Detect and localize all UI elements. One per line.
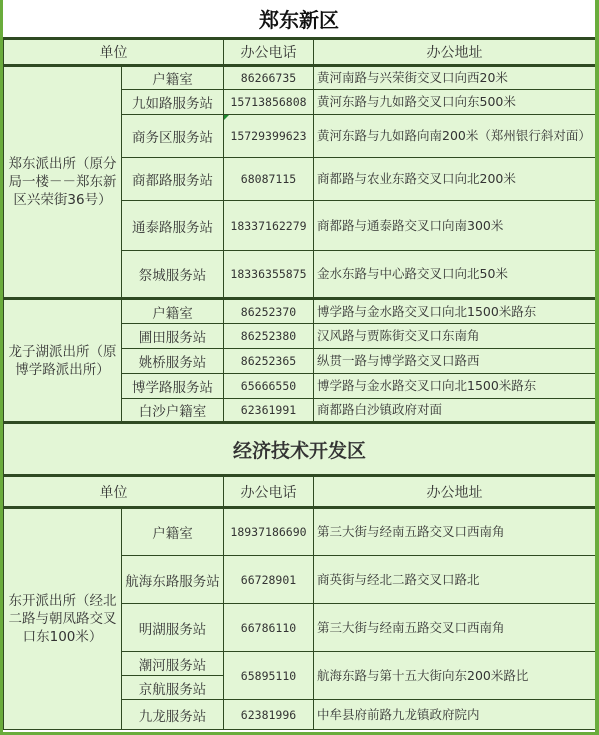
phone-cell: 18337162279 [224, 201, 314, 251]
phone-cell: 62381996 [224, 700, 314, 730]
phone-cell: 15713856808 [224, 90, 314, 115]
station-name: 祭城服务站 [122, 251, 224, 299]
phone-cell: 86252365 [224, 349, 314, 374]
section-title-zhengdong: 郑东新区 [3, 0, 595, 37]
section-title-row: 经济技术开发区 [4, 423, 596, 476]
table-row: 东开派出所（经北二路与朝凤路交叉口东100米） 户籍室 18937186690 … [4, 508, 596, 556]
address-cell: 黄河东路与九如路交叉口向东500米 [314, 90, 596, 115]
phone-cell: 62361991 [224, 399, 314, 423]
phone-cell: 86266735 [224, 66, 314, 90]
address-cell: 商英街与经北二路交叉口路北 [314, 556, 596, 604]
station-name: 航海东路服务站 [122, 556, 224, 604]
unit-cell: 东开派出所（经北二路与朝凤路交叉口东100米） [4, 508, 122, 730]
station-name: 九龙服务站 [122, 700, 224, 730]
station-name: 圃田服务站 [122, 324, 224, 349]
station-name: 白沙户籍室 [122, 399, 224, 423]
right-border [595, 0, 599, 735]
phone-cell: 86252370 [224, 299, 314, 324]
header-address: 办公地址 [314, 476, 596, 508]
station-name: 京航服务站 [122, 676, 224, 700]
phone-cell: 68087115 [224, 158, 314, 201]
address-cell: 中牟县府前路九龙镇政府院内 [314, 700, 596, 730]
address-cell: 金水东路与中心路交叉口向北50米 [314, 251, 596, 299]
spreadsheet-frame: 郑东新区 单位 办公电话 办公地址 郑东派出所（原分局一楼－－郑东新区兴荣街36… [0, 0, 599, 735]
address-cell: 第三大街与经南五路交叉口西南角 [314, 604, 596, 652]
station-name: 姚桥服务站 [122, 349, 224, 374]
station-name: 户籍室 [122, 299, 224, 324]
address-cell: 商都路白沙镇政府对面 [314, 399, 596, 423]
header-row: 单位 办公电话 办公地址 [4, 39, 596, 66]
header-phone: 办公电话 [224, 476, 314, 508]
station-name: 潮河服务站 [122, 652, 224, 676]
address-cell: 博学路与金水路交叉口向北1500米路东 [314, 374, 596, 399]
header-unit: 单位 [4, 476, 224, 508]
station-name: 户籍室 [122, 508, 224, 556]
unit-cell: 龙子湖派出所（原博学路派出所） [4, 299, 122, 423]
address-cell: 博学路与金水路交叉口向北1500米路东 [314, 299, 596, 324]
station-name: 通泰路服务站 [122, 201, 224, 251]
station-name: 商都路服务站 [122, 158, 224, 201]
phone-value: 15729399623 [230, 129, 306, 143]
header-unit: 单位 [4, 39, 224, 66]
table-row: 郑东派出所（原分局一楼－－郑东新区兴荣街36号） 户籍室 86266735 黄河… [4, 66, 596, 90]
phone-cell: 65666550 [224, 374, 314, 399]
table-row: 龙子湖派出所（原博学路派出所） 户籍室 86252370 博学路与金水路交叉口向… [4, 299, 596, 324]
address-cell: 汉风路与贾陈街交叉口东南角 [314, 324, 596, 349]
address-cell: 黄河东路与九如路向南200米（郑州银行斜对面） [314, 115, 596, 158]
station-name: 户籍室 [122, 66, 224, 90]
header-address: 办公地址 [314, 39, 596, 66]
phone-cell: 18937186690 [224, 508, 314, 556]
section-title-econdev: 经济技术开发区 [4, 423, 596, 476]
header-phone: 办公电话 [224, 39, 314, 66]
address-cell: 纵贯一路与博学路交叉口路西 [314, 349, 596, 374]
phone-cell: 15729399623 [224, 115, 314, 158]
phone-cell: 65895110 [224, 652, 314, 700]
unit-cell: 郑东派出所（原分局一楼－－郑东新区兴荣街36号） [4, 66, 122, 299]
phone-cell: 66728901 [224, 556, 314, 604]
station-name: 博学路服务站 [122, 374, 224, 399]
address-cell: 航海东路与第十五大街向东200米路比 [314, 652, 596, 700]
address-cell: 第三大街与经南五路交叉口西南角 [314, 508, 596, 556]
address-cell: 黄河南路与兴荣街交叉口向西20米 [314, 66, 596, 90]
station-name: 商务区服务站 [122, 115, 224, 158]
phone-cell: 86252380 [224, 324, 314, 349]
header-row: 单位 办公电话 办公地址 [4, 476, 596, 508]
station-name: 明湖服务站 [122, 604, 224, 652]
address-cell: 商都路与农业东路交叉口向北200米 [314, 158, 596, 201]
phone-cell: 66786110 [224, 604, 314, 652]
station-name: 九如路服务站 [122, 90, 224, 115]
comment-marker-icon[interactable] [224, 115, 229, 120]
phone-cell: 18336355875 [224, 251, 314, 299]
zhengdong-table: 单位 办公电话 办公地址 郑东派出所（原分局一楼－－郑东新区兴荣街36号） 户籍… [3, 37, 596, 730]
address-cell: 商都路与通泰路交叉口向南300米 [314, 201, 596, 251]
